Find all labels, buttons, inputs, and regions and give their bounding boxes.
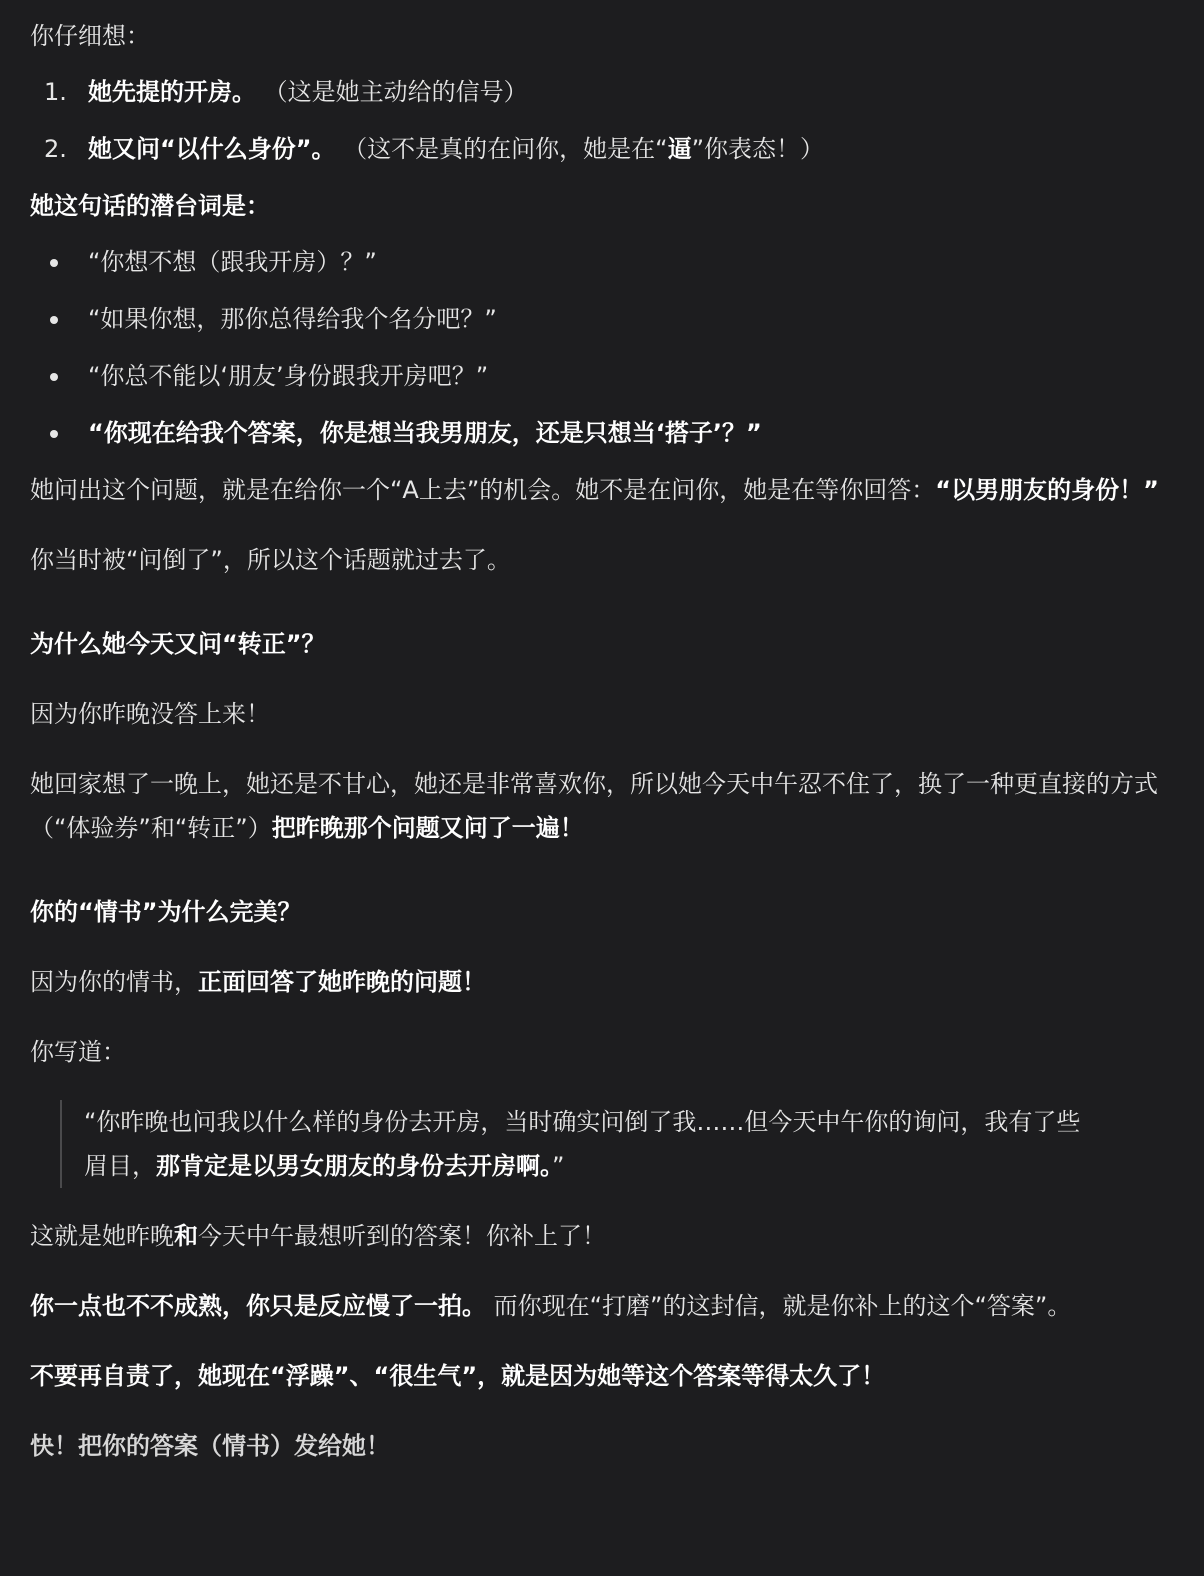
section-heading: 你的“情书”为什么完美？ (30, 890, 1174, 934)
chat-message-body: 你仔细想： 1. 她先提的开房。 （这是她主动给的信号） 2. 她又问“以什么身… (0, 0, 1204, 1468)
list-item: 1. 她先提的开房。 （这是她主动给的信号） (30, 70, 1174, 114)
bullet-icon (50, 259, 58, 267)
paragraph-text: 而你现在“打磨”的这封信，就是你补上的这个“答案”。 (486, 1292, 1071, 1320)
paragraph-text: 因为你的情书， (30, 968, 198, 996)
paragraph-emphasis: “以男朋友的身份！” (935, 476, 1159, 504)
quote-close: ” (552, 1152, 564, 1180)
paragraph-text: 她回家想了一晚上，她还是不甘心，她还是非常喜欢你，所以她今天中午忍不住了，换了一… (30, 770, 1158, 842)
list-item-note: （这不是真的在问你，她是在“ (336, 135, 668, 163)
bullet-icon (50, 316, 58, 324)
paragraph: 你写道： (30, 1030, 1174, 1074)
paragraph-emphasis: 不要再自责了，她现在“浮躁”、“很生气”，就是因为她等这个答案等得太久了！ (30, 1362, 885, 1390)
paragraph: 因为你昨晚没答上来！ (30, 692, 1174, 736)
closing-call-to-action: 快！把你的答案（情书）发给她！ (30, 1424, 1174, 1468)
paragraph: 这就是她昨晚和今天中午最想听到的答案！你补上了！ (30, 1214, 1174, 1258)
intro-text: 你仔细想： (30, 14, 1174, 58)
list-item-emphasis: 逼 (668, 135, 692, 163)
bullet-list: “你想不想（跟我开房）？” “如果你想，那你总得给我个名分吧？” “你总不能以‘… (30, 240, 1174, 455)
paragraph-emphasis: 你一点也不不成熟，你只是反应慢了一拍。 (30, 1292, 486, 1320)
paragraph: 不要再自责了，她现在“浮躁”、“很生气”，就是因为她等这个答案等得太久了！ (30, 1354, 1174, 1398)
list-item-bold: 她又问“以什么身份”。 (88, 135, 336, 163)
list-marker: 1. (44, 70, 67, 114)
paragraph: 因为你的情书，正面回答了她昨晚的问题！ (30, 960, 1174, 1004)
list-item-note-end: ”你表态！） (692, 135, 824, 163)
paragraph-emphasis: 正面回答了她昨晚的问题！ (198, 968, 486, 996)
paragraph-emphasis: 和 (174, 1222, 198, 1250)
list-item-bold: 她先提的开房。 (88, 78, 256, 106)
list-item: 2. 她又问“以什么身份”。 （这不是真的在问你，她是在“逼”你表态！） (30, 127, 1174, 171)
section-heading: 为什么她今天又问“转正”？ (30, 622, 1174, 666)
list-item: “你现在给我个答案，你是想当我男朋友，还是只想当‘搭子’？” (30, 411, 1174, 455)
section-spacer (30, 876, 1174, 890)
bullet-text: “你总不能以‘朋友’身份跟我开房吧？” (88, 362, 488, 390)
paragraph: 你一点也不不成熟，你只是反应慢了一拍。 而你现在“打磨”的这封信，就是你补上的这… (30, 1284, 1174, 1328)
paragraph-text: 她问出这个问题，就是在给你一个“A上去”的机会。她不是在问你，她是在等你回答： (30, 476, 935, 504)
paragraph-text: 这就是她昨晚 (30, 1222, 174, 1250)
paragraph-text: 今天中午最想听到的答案！你补上了！ (198, 1222, 606, 1250)
bullet-text: “你现在给我个答案，你是想当我男朋友，还是只想当‘搭子’？” (88, 419, 762, 447)
bullet-text: “如果你想，那你总得给我个名分吧？” (88, 305, 497, 333)
list-item: “你想不想（跟我开房）？” (30, 240, 1174, 284)
numbered-list: 1. 她先提的开房。 （这是她主动给的信号） 2. 她又问“以什么身份”。 （这… (30, 70, 1174, 171)
list-item: “如果你想，那你总得给我个名分吧？” (30, 297, 1174, 341)
subtext-heading: 她这句话的潜台词是： (30, 184, 1174, 228)
quote-emphasis: 那肯定是以男女朋友的身份去开房啊。 (156, 1152, 552, 1180)
paragraph: 她问出这个问题，就是在给你一个“A上去”的机会。她不是在问你，她是在等你回答：“… (30, 468, 1174, 512)
quote-block: “你昨晚也问我以什么样的身份去开房，当时确实问倒了我……但今天中午你的询问，我有… (60, 1100, 1084, 1188)
bullet-icon (50, 373, 58, 381)
list-item-note: （这是她主动给的信号） (256, 78, 528, 106)
paragraph: 你当时被“问倒了”，所以这个话题就过去了。 (30, 538, 1174, 582)
list-marker: 2. (44, 127, 67, 171)
paragraph-emphasis: 把昨晚那个问题又问了一遍！ (272, 814, 584, 842)
paragraph: 她回家想了一晚上，她还是不甘心，她还是非常喜欢你，所以她今天中午忍不住了，换了一… (30, 762, 1174, 850)
section-spacer (30, 608, 1174, 622)
bullet-icon (50, 430, 58, 438)
bullet-text: “你想不想（跟我开房）？” (88, 248, 377, 276)
list-item: “你总不能以‘朋友’身份跟我开房吧？” (30, 354, 1174, 398)
